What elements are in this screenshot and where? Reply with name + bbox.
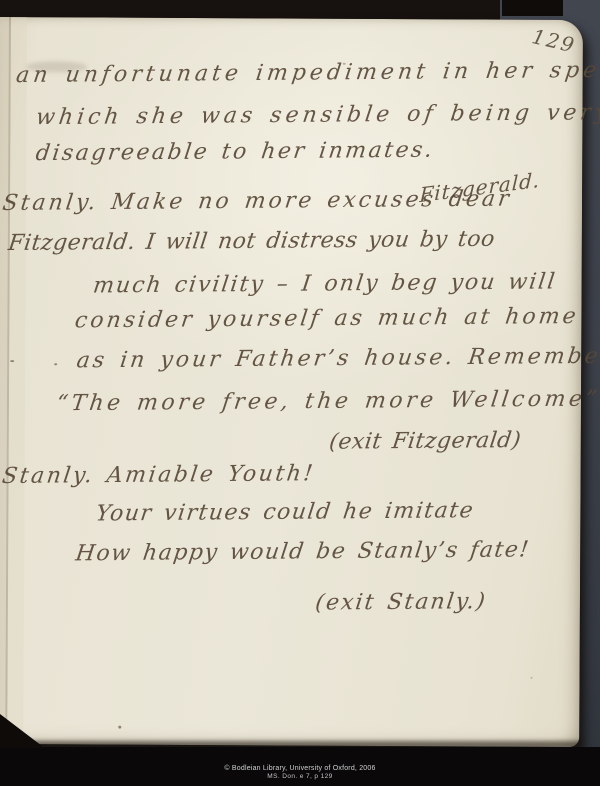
shelfmark-text: MS. Don. e 7, p 129 [0, 773, 600, 781]
manuscript-line: disagreeable to her inmates. [34, 138, 436, 167]
paper-speck [531, 677, 533, 679]
manuscript-line: which she was sensible of being very [34, 100, 600, 130]
stage-direction-exit-fitzgerald: (exit Fitzgerald) [328, 428, 523, 455]
book-cover-tab [502, 0, 563, 16]
manuscript-line: consider yourself as much at home [73, 304, 580, 333]
page-number: 129 [530, 24, 579, 58]
underlying-page-edge [7, 17, 27, 744]
manuscript-line-verse: Your virtues could he imitate [94, 498, 475, 526]
manuscript-line: as in your Father’s house. Remember, [75, 344, 600, 374]
manuscript-line: much civility – I only beg you will [92, 269, 558, 298]
manuscript-line: an unfortunate impediment in her speech, [15, 57, 600, 88]
paper-speck [118, 726, 121, 729]
caption: © Bodleian Library, University of Oxford… [0, 764, 600, 781]
manuscript-line-quotation: “The more free, the more Wellcome”. [55, 386, 600, 416]
manuscript-line-speaker-stanly: Stanly. Amiable Youth! [1, 461, 317, 489]
manuscript-page: 129 an unfortunate impediment in her spe… [0, 17, 583, 747]
stage-direction-exit-stanly: (exit Stanly.) [314, 589, 488, 616]
ink-speck [54, 363, 57, 365]
manuscript-line-speaker-fitzgerald: Fitzgerald. I will not distress you by t… [7, 227, 497, 256]
ink-speck [10, 360, 14, 362]
scanned-manuscript-photo: 129 an unfortunate impediment in her spe… [0, 0, 600, 786]
manuscript-line-verse: How happy would be Stanly’s fate! [74, 537, 531, 566]
copyright-text: © Bodleian Library, University of Oxford… [0, 764, 600, 773]
